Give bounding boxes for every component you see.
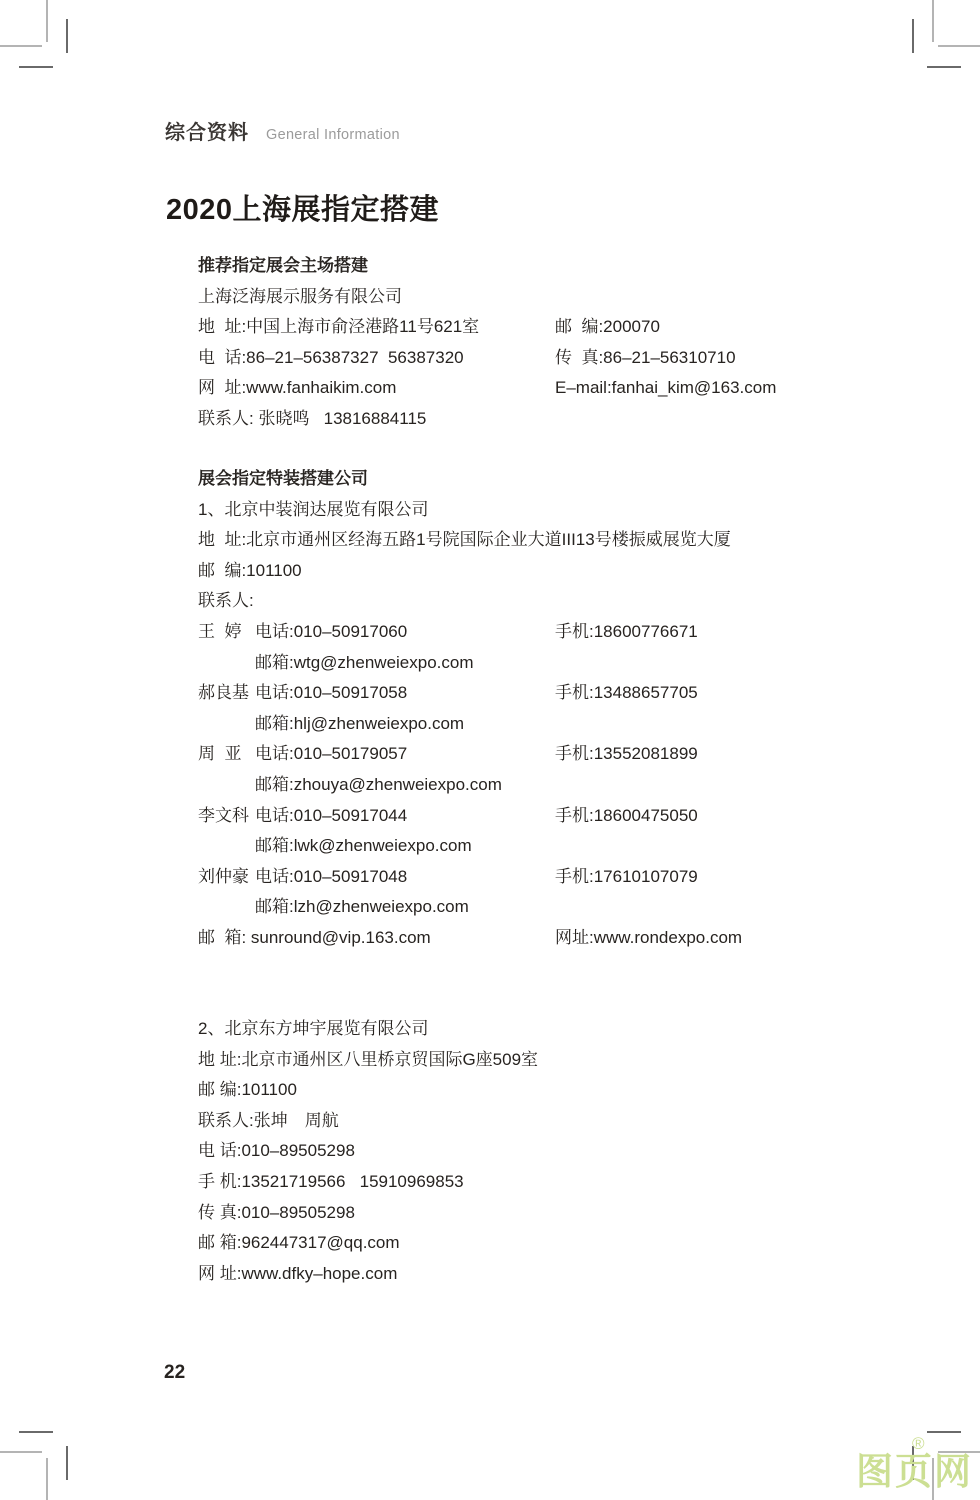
crop-mark: [46, 1458, 48, 1500]
zip-code: 邮 编:101100: [198, 1075, 898, 1106]
contact-mobile: 手机:18600776671: [555, 617, 698, 648]
company-name: 2、北京东方坤宇展览有限公司: [198, 1014, 898, 1045]
crop-mark: [19, 1431, 53, 1433]
info-row: 网 址:www.fanhaikim.com E–mail:fanhai_kim@…: [198, 373, 898, 404]
info-row: 地 址:中国上海市俞泾港路11号621室 邮 编:200070: [198, 312, 898, 343]
contact-mobile: 手机:13488657705: [555, 678, 698, 709]
contact-mobile: 手机:17610107079: [555, 862, 698, 893]
header-title-zh: 综合资料: [165, 116, 249, 145]
crop-mark: [66, 19, 68, 53]
contact-name: 周 亚: [198, 739, 241, 770]
contact-email-row: 邮箱:lzh@zhenweiexpo.com: [198, 892, 898, 923]
crop-mark: [912, 19, 914, 53]
contact-row: 周 亚 电话:010–50179057 手机:13552081899: [198, 739, 898, 770]
section-heading: 展会指定特装搭建公司: [198, 464, 898, 495]
contact-name: 刘仲豪: [198, 862, 249, 893]
contact-mobile: 手机:18600475050: [555, 801, 698, 832]
mobile-line: 手 机:13521719566 15910969853: [198, 1167, 898, 1198]
contacts-label: 联系人:: [198, 586, 898, 617]
company-email: 邮 箱: sunround@vip.163.com: [198, 923, 431, 954]
phone-line: 电 话:010–89505298: [198, 1136, 898, 1167]
contact-name: 李文科: [198, 801, 249, 832]
zip-code: 邮 编:101100: [198, 556, 898, 587]
info-row: 电 话:86–21–56387327 56387320 传 真:86–21–56…: [198, 343, 898, 374]
contacts-line: 联系人:张坤 周航: [198, 1106, 898, 1137]
company-website: 网址:www.rondexpo.com: [555, 923, 742, 954]
contact-phone: 电话:010–50917044: [255, 801, 407, 832]
contact-row: 刘仲豪 电话:010–50917048 手机:17610107079: [198, 862, 898, 893]
address-line: 地 址:北京市通州区八里桥京贸国际G座509室: [198, 1045, 898, 1076]
contact-email: 邮箱:lzh@zhenweiexpo.com: [255, 892, 469, 923]
info-row: 邮 箱: sunround@vip.163.com 网址:www.rondexp…: [198, 923, 898, 954]
section-heading: 推荐指定展会主场搭建: [198, 251, 898, 282]
contact-email: 邮箱:zhouya@zhenweiexpo.com: [255, 770, 502, 801]
contact-email: 邮箱:hlj@zhenweiexpo.com: [255, 709, 464, 740]
page-number: 22: [164, 1362, 185, 1384]
contact-name: 王 婷: [198, 617, 241, 648]
email-line: E–mail:fanhai_kim@163.com: [555, 373, 776, 404]
contact-phone: 电话:010–50917048: [255, 862, 407, 893]
crop-mark: [0, 1451, 42, 1453]
watermark-text: 图页网: [856, 1451, 973, 1492]
contact-row: 王 婷 电话:010–50917060 手机:18600776671: [198, 617, 898, 648]
crop-mark: [46, 0, 48, 42]
fax-line: 传 真:86–21–56310710: [555, 343, 736, 374]
fax-line: 传 真:010–89505298: [198, 1198, 898, 1229]
document-page: 综合资料 General Information 2020上海展指定搭建 推荐指…: [0, 0, 980, 1500]
address-line: 地 址:中国上海市俞泾港路11号621室: [198, 312, 479, 343]
contact-person-line: 联系人: 张晓鸣 13816884115: [198, 404, 898, 435]
special-builder-section: 展会指定特装搭建公司 1、北京中装润达展览有限公司 地 址:北京市通州区经海五路…: [198, 464, 898, 954]
crop-mark: [66, 1446, 68, 1480]
phone-line: 电 话:86–21–56387327 56387320: [198, 343, 464, 374]
crop-mark: [932, 0, 934, 42]
contact-row: 郝良基 电话:010–50917058 手机:13488657705: [198, 678, 898, 709]
contact-email-row: 邮箱:lwk@zhenweiexpo.com: [198, 831, 898, 862]
crop-mark: [927, 1431, 961, 1433]
company-name: 上海泛海展示服务有限公司: [198, 282, 898, 313]
crop-mark: [938, 45, 980, 47]
contact-name: 郝良基: [198, 678, 249, 709]
contact-mobile: 手机:13552081899: [555, 739, 698, 770]
zip-code: 邮 编:200070: [555, 312, 660, 343]
main-venue-builder-section: 推荐指定展会主场搭建 上海泛海展示服务有限公司 地 址:中国上海市俞泾港路11号…: [198, 251, 898, 435]
contact-phone: 电话:010–50917060: [255, 617, 407, 648]
contact-email-row: 邮箱:hlj@zhenweiexpo.com: [198, 709, 898, 740]
company2-section: 2、北京东方坤宇展览有限公司 地 址:北京市通州区八里桥京贸国际G座509室 邮…: [198, 1014, 898, 1289]
email-line: 邮 箱:962447317@qq.com: [198, 1228, 898, 1259]
contact-email-row: 邮箱:zhouya@zhenweiexpo.com: [198, 770, 898, 801]
contact-phone: 电话:010–50917058: [255, 678, 407, 709]
header-title-en: General Information: [266, 127, 400, 143]
crop-mark: [0, 45, 42, 47]
page-title: 2020上海展指定搭建: [166, 187, 439, 228]
company-name: 1、北京中装润达展览有限公司: [198, 495, 898, 526]
contact-email: 邮箱:wtg@zhenweiexpo.com: [255, 648, 474, 679]
website-line: 网 址:www.dfky–hope.com: [198, 1259, 898, 1290]
crop-mark: [927, 66, 961, 68]
crop-mark: [19, 66, 53, 68]
watermark-logo: ® 图页网: [856, 1441, 973, 1495]
contact-email-row: 邮箱:wtg@zhenweiexpo.com: [198, 648, 898, 679]
page-header: 综合资料 General Information: [165, 116, 400, 145]
website-line: 网 址:www.fanhaikim.com: [198, 373, 396, 404]
contact-phone: 电话:010–50179057: [255, 739, 407, 770]
address-line: 地 址:北京市通州区经海五路1号院国际企业大道III13号楼振威展览大厦: [198, 525, 898, 556]
contact-row: 李文科 电话:010–50917044 手机:18600475050: [198, 801, 898, 832]
contact-email: 邮箱:lwk@zhenweiexpo.com: [255, 831, 472, 862]
